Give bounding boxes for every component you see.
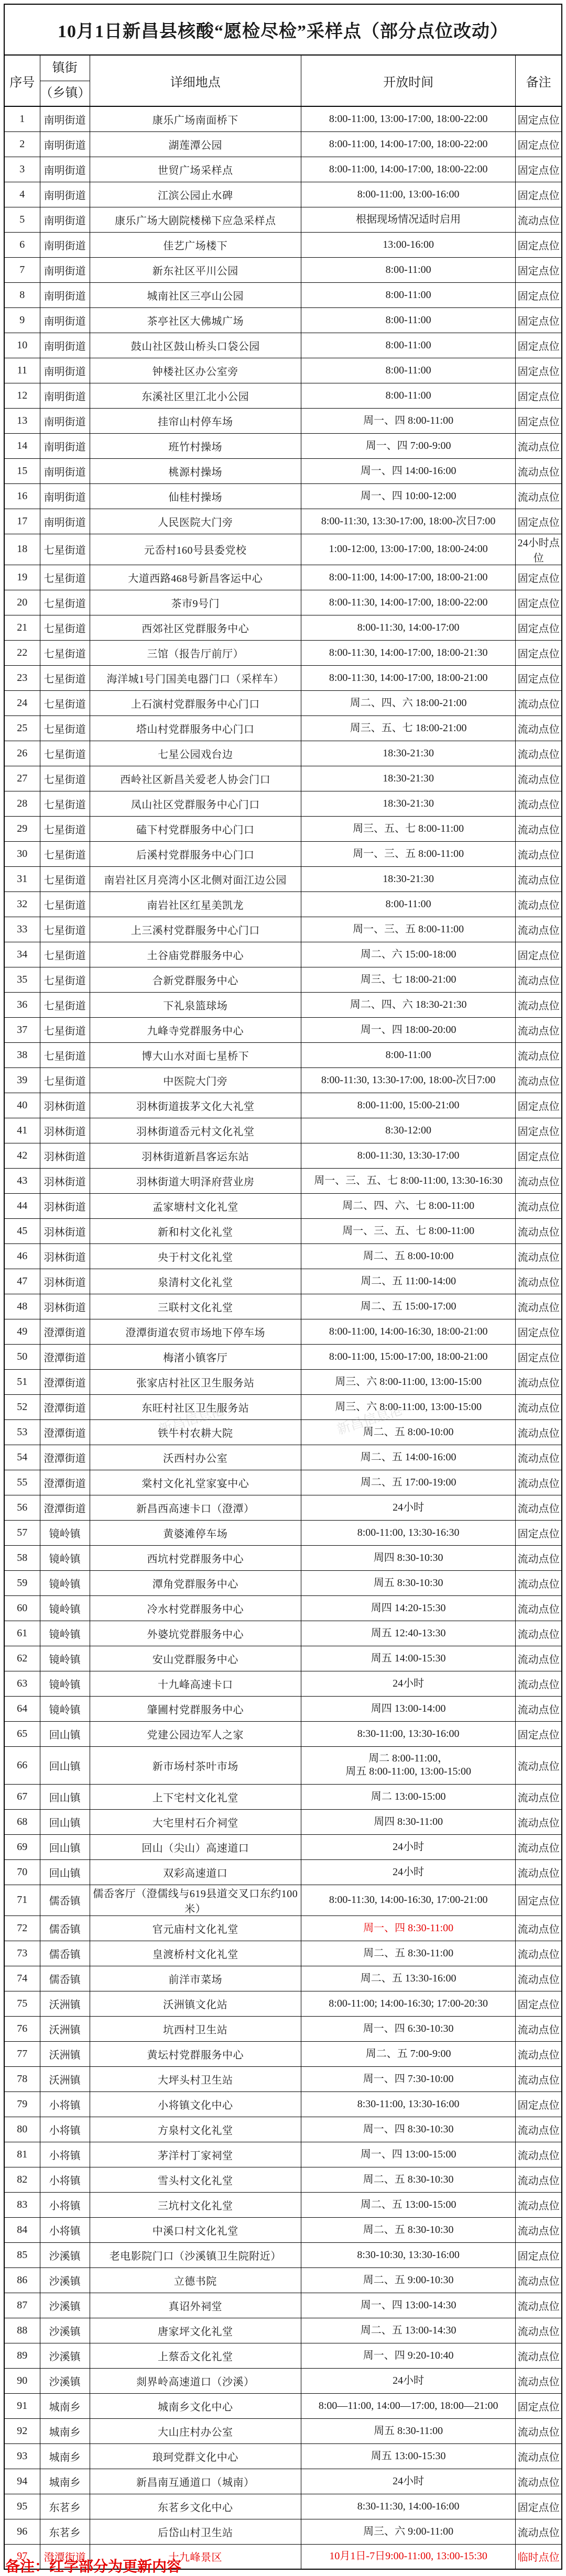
cell-time: 8:00-11:00 <box>301 891 515 917</box>
cell-serial: 69 <box>4 1834 40 1859</box>
cell-time: 24小时 <box>301 1671 515 1696</box>
cell-serial: 58 <box>4 1545 40 1570</box>
cell-place: 大坪头村卫生站 <box>90 2066 301 2091</box>
table-row: 73儒岙镇皇渡桥村文化礼堂周二、五 8:30-11:00流动点位 <box>4 1941 562 1966</box>
table-row: 31七星街道南岩社区月亮湾小区北侧对面江边公园18:30-21:30流动点位 <box>4 866 562 891</box>
cell-place: 真诏外祠堂 <box>90 2293 301 2318</box>
cell-time: 8:00-11:00, 15:00-21:00 <box>301 1093 515 1118</box>
cell-time: 8:00-11:30, 14:00-17:00 <box>301 615 515 640</box>
cell-serial: 64 <box>4 1696 40 1721</box>
table-row: 81小将镇茅洋村丁家祠堂周一、四 13:00-15:00流动点位 <box>4 2142 562 2167</box>
cell-time: 周四 14:20-15:30 <box>301 1595 515 1621</box>
cell-note: 流动点位 <box>516 1042 562 1067</box>
cell-town: 七星街道 <box>40 715 90 741</box>
table-row: 23七星街道海洋城1号门国美电器门口（采样车）8:00-11:30, 14:00… <box>4 665 562 690</box>
cell-time: 周二、五 14:00-16:00 <box>301 1445 515 1470</box>
cell-note: 流动点位 <box>516 1809 562 1834</box>
cell-town: 七星街道 <box>40 942 90 967</box>
cell-place: 外婆坑党群服务中心 <box>90 1621 301 1646</box>
table-row: 66回山镇新市场村茶叶市场周二 8:00-11:00， 周五 8:00-11:0… <box>4 1746 562 1784</box>
cell-place: 七星公园戏台边 <box>90 741 301 766</box>
cell-place: 泉清村文化礼堂 <box>90 1269 301 1294</box>
cell-town: 澄潭街道 <box>40 1369 90 1394</box>
cell-town: 小将镇 <box>40 2192 90 2217</box>
cell-note: 流动点位 <box>516 1445 562 1470</box>
cell-note: 流动点位 <box>516 1269 562 1294</box>
cell-note: 流动点位 <box>516 2368 562 2393</box>
cell-town: 南明街道 <box>40 207 90 232</box>
cell-town: 沙溪镇 <box>40 2267 90 2293</box>
cell-place: 土谷庙党群服务中心 <box>90 942 301 967</box>
cell-place: 元岙村160号县委党校 <box>90 534 301 565</box>
cell-place: 茅洋村丁家祠堂 <box>90 2142 301 2167</box>
cell-serial: 39 <box>4 1067 40 1093</box>
table-row: 74儒岙镇前洋市菜场周二、五 13:30-16:00流动点位 <box>4 1966 562 1991</box>
cell-place: 党建公园边军人之家 <box>90 1721 301 1746</box>
cell-town: 南明街道 <box>40 182 90 207</box>
cell-place: 康乐广场南面桥下 <box>90 106 301 131</box>
cell-place: 东茗乡文化中心 <box>90 2494 301 2519</box>
table-row: 54澄潭街道沃西村办公室周二、五 14:00-16:00流动点位 <box>4 1445 562 1470</box>
cell-time: 8:00-11:00 <box>301 358 515 383</box>
cell-time: 8:00-11:00, 15:00-17:00, 18:00-21:00 <box>301 1344 515 1369</box>
cell-town: 儒岙镇 <box>40 1941 90 1966</box>
cell-place: 张家店村社区卫生服务站 <box>90 1369 301 1394</box>
table-row: 53澄潭街道铁牛村农耕大院周二、五 8:00-10:00流动点位 <box>4 1419 562 1445</box>
cell-time: 周一、三、五 8:00-11:00 <box>301 917 515 942</box>
cell-note: 固定点位 <box>516 1344 562 1369</box>
table-row: 27七星街道西岭社区新昌关爱老人协会门口18:30-21:30流动点位 <box>4 766 562 791</box>
cell-place: 新昌西高速卡口（澄潭） <box>90 1495 301 1520</box>
cell-note: 流动点位 <box>516 1067 562 1093</box>
cell-place: 江滨公园止水碑 <box>90 182 301 207</box>
cell-place: 东旺村社区卫生服务站 <box>90 1394 301 1419</box>
cell-town: 羽林街道 <box>40 1269 90 1294</box>
cell-town: 沙溪镇 <box>40 2293 90 2318</box>
cell-serial: 15 <box>4 458 40 483</box>
cell-serial: 59 <box>4 1570 40 1595</box>
table-row: 9南明街道茶亭社区大佛城广场8:00-11:00固定点位 <box>4 307 562 333</box>
cell-town: 七星街道 <box>40 640 90 665</box>
column-header-town-bottom: （乡镇） <box>40 81 90 106</box>
cell-town: 南明街道 <box>40 257 90 282</box>
cell-town: 七星街道 <box>40 791 90 816</box>
cell-time: 周二、五 13:00-14:30 <box>301 2318 515 2343</box>
cell-time: 8:00-11:00, 14:00-17:00, 18:00-21:00 <box>301 565 515 590</box>
cell-town: 城南乡 <box>40 2418 90 2443</box>
cell-place: 羽林街道拔茅文化大礼堂 <box>90 1093 301 1118</box>
cell-place: 康乐广场大剧院楼梯下应急采样点 <box>90 207 301 232</box>
cell-place: 南岩社区月亮湾小区北侧对面江边公园 <box>90 866 301 891</box>
cell-serial: 4 <box>4 182 40 207</box>
cell-serial: 61 <box>4 1621 40 1646</box>
cell-note: 固定点位 <box>516 509 562 534</box>
cell-serial: 70 <box>4 1859 40 1885</box>
cell-note: 流动点位 <box>516 891 562 917</box>
cell-town: 沃洲镇 <box>40 2066 90 2091</box>
cell-place: 塔山村党群服务中心门口 <box>90 715 301 741</box>
cell-place: 佳艺广场楼下 <box>90 232 301 257</box>
cell-town: 沙溪镇 <box>40 2368 90 2393</box>
cell-serial: 44 <box>4 1193 40 1218</box>
cell-serial: 77 <box>4 2041 40 2066</box>
table-row: 85沙溪镇老电影院门口（沙溪镇卫生院附近）8:30-10:30, 13:30-1… <box>4 2242 562 2267</box>
cell-time: 周二、五 8:30-11:00 <box>301 1941 515 1966</box>
table-row: 20七星街道茶市9号门8:00-11:30, 14:00-17:00, 18:0… <box>4 590 562 615</box>
cell-place: 沃洲镇文化站 <box>90 1991 301 2016</box>
cell-note: 流动点位 <box>516 2443 562 2469</box>
table-row: 71儒岙镇儒岙客厅（澄儒线与619县道交叉口东约100米）8:00-11:30,… <box>4 1885 562 1916</box>
cell-time: 周五 8:30-11:00 <box>301 2418 515 2443</box>
cell-note: 固定点位 <box>516 2494 562 2519</box>
table-row: 17南明街道人民医院大门旁8:00-11:30, 13:30-17:00, 18… <box>4 509 562 534</box>
cell-serial: 92 <box>4 2418 40 2443</box>
cell-place: 茶市9号门 <box>90 590 301 615</box>
cell-time: 8:00-11:30, 13:30-17:00, 18:00-次日7:00 <box>301 1067 515 1093</box>
cell-town: 七星街道 <box>40 590 90 615</box>
cell-town: 澄潭街道 <box>40 1344 90 1369</box>
cell-serial: 67 <box>4 1784 40 1809</box>
cell-time: 周四 8:30-11:00 <box>301 1809 515 1834</box>
cell-town: 七星街道 <box>40 992 90 1017</box>
cell-place: 东溪社区里江北小公园 <box>90 383 301 408</box>
cell-time: 周五 8:30-10:30 <box>301 1570 515 1595</box>
cell-note: 流动点位 <box>516 2318 562 2343</box>
cell-town: 儒岙镇 <box>40 1885 90 1916</box>
cell-town: 澄潭街道 <box>40 1419 90 1445</box>
cell-town: 七星街道 <box>40 841 90 866</box>
title-row: 10月1日新昌县核酸“愿检尽检”采样点（部分点位改动） <box>4 4 562 55</box>
cell-note: 固定点位 <box>516 565 562 590</box>
cell-place: 方泉村文化礼堂 <box>90 2117 301 2142</box>
cell-time: 8:00-11:00 <box>301 1042 515 1067</box>
footer-note: 备注：红字部分为更新内容 <box>5 2555 529 2576</box>
cell-time: 根据现场情况适时启用 <box>301 207 515 232</box>
cell-time: 周四 8:30-10:30 <box>301 1545 515 1570</box>
cell-time: 周二、五 8:30-10:30 <box>301 2167 515 2192</box>
cell-serial: 55 <box>4 1470 40 1495</box>
cell-time: 周五 12:40-13:30 <box>301 1621 515 1646</box>
cell-time: 周二 8:00-11:00， 周五 8:00-11:00, 13:00-15:0… <box>301 1746 515 1784</box>
cell-note: 流动点位 <box>516 2066 562 2091</box>
cell-town: 东茗乡 <box>40 2519 90 2544</box>
cell-serial: 83 <box>4 2192 40 2217</box>
cell-place: 上石演村党群服务中心门口 <box>90 690 301 715</box>
cell-town: 七星街道 <box>40 741 90 766</box>
cell-place: 羽林街道岙元村文化礼堂 <box>90 1118 301 1143</box>
cell-town: 小将镇 <box>40 2167 90 2192</box>
cell-serial: 76 <box>4 2016 40 2041</box>
cell-serial: 29 <box>4 816 40 841</box>
cell-note: 固定点位 <box>516 665 562 690</box>
cell-place: 海洋城1号门国美电器门口（采样车） <box>90 665 301 690</box>
table-row: 69回山镇回山（尖山）高速道口24小时流动点位 <box>4 1834 562 1859</box>
cell-town: 回山镇 <box>40 1809 90 1834</box>
cell-note: 流动点位 <box>516 841 562 866</box>
cell-time: 周一、四 7:00-9:00 <box>301 433 515 458</box>
table-row: 87沙溪镇真诏外祠堂周一、四 13:00-14:30流动点位 <box>4 2293 562 2318</box>
cell-time: 周二、五 11:00-14:00 <box>301 1269 515 1294</box>
cell-town: 羽林街道 <box>40 1093 90 1118</box>
table-body: 1南明街道康乐广场南面桥下8:00-11:00, 13:00-17:00, 18… <box>4 106 562 2569</box>
cell-note: 流动点位 <box>516 2016 562 2041</box>
cell-time: 周二 13:00-15:00 <box>301 1784 515 1809</box>
cell-serial: 7 <box>4 257 40 282</box>
cell-place: 潭角党群服务中心 <box>90 1570 301 1595</box>
cell-serial: 53 <box>4 1419 40 1445</box>
cell-place: 中溪口村文化礼堂 <box>90 2217 301 2242</box>
table-row: 57镜岭镇黄婆滩停车场8:00-11:00, 13:30-16:30固定点位 <box>4 1520 562 1545</box>
cell-serial: 65 <box>4 1721 40 1746</box>
cell-town: 沃洲镇 <box>40 1991 90 2016</box>
cell-time: 8:00-11:30, 14:00-17:00, 18:00-21:00 <box>301 665 515 690</box>
cell-town: 澄潭街道 <box>40 1470 90 1495</box>
cell-serial: 13 <box>4 408 40 433</box>
cell-time: 24小时 <box>301 2469 515 2494</box>
cell-serial: 79 <box>4 2091 40 2117</box>
cell-note: 固定点位 <box>516 1093 562 1118</box>
table-row: 4南明街道江滨公园止水碑8:00-11:00, 13:00-16:00固定点位 <box>4 182 562 207</box>
table-row: 34七星街道土谷庙党群服务中心周二、六 15:00-18:00固定点位 <box>4 942 562 967</box>
table-row: 5南明街道康乐广场大剧院楼梯下应急采样点根据现场情况适时启用流动点位 <box>4 207 562 232</box>
cell-note: 流动点位 <box>516 1218 562 1243</box>
cell-serial: 22 <box>4 640 40 665</box>
cell-town: 小将镇 <box>40 2117 90 2142</box>
cell-note: 流动点位 <box>516 2142 562 2167</box>
cell-serial: 52 <box>4 1394 40 1419</box>
cell-time: 8:30-10:30, 13:30-16:00 <box>301 2242 515 2267</box>
cell-serial: 19 <box>4 565 40 590</box>
table-row: 76沃洲镇坑西村卫生站周一、四 6:30-10:30流动点位 <box>4 2016 562 2041</box>
cell-serial: 24 <box>4 690 40 715</box>
cell-place: 羽林街道新昌客运东站 <box>90 1143 301 1168</box>
cell-place: 鼓山社区鼓山桥头口袋公园 <box>90 333 301 358</box>
table-row: 84小将镇中溪口村文化礼堂周二、五 8:30-10:30流动点位 <box>4 2217 562 2242</box>
cell-time: 8:00-11:30, 13:30-17:00 <box>301 1143 515 1168</box>
table-row: 82小将镇雪头村文化礼堂周二、五 8:30-10:30流动点位 <box>4 2167 562 2192</box>
cell-serial: 63 <box>4 1671 40 1696</box>
cell-town: 七星街道 <box>40 690 90 715</box>
cell-serial: 86 <box>4 2267 40 2293</box>
cell-serial: 25 <box>4 715 40 741</box>
cell-time: 8:00-11:00 <box>301 307 515 333</box>
table-row: 39七星街道中医院大门旁8:00-11:30, 13:30-17:00, 18:… <box>4 1067 562 1093</box>
cell-note: 固定点位 <box>516 232 562 257</box>
table-row: 86沙溪镇立德书院周二、五 9:00-10:30流动点位 <box>4 2267 562 2293</box>
table-row: 13南明街道挂帘山村停车场周一、四 8:00-11:00固定点位 <box>4 408 562 433</box>
cell-note: 流动点位 <box>516 1941 562 1966</box>
cell-time: 18:30-21:30 <box>301 866 515 891</box>
cell-note: 固定点位 <box>516 640 562 665</box>
page-title: 10月1日新昌县核酸“愿检尽检”采样点（部分点位改动） <box>4 4 562 55</box>
cell-note: 固定点位 <box>516 1885 562 1916</box>
cell-place: 三联村文化礼堂 <box>90 1294 301 1319</box>
table-row: 80小将镇方泉村文化礼堂周一、四 8:30-10:30流动点位 <box>4 2117 562 2142</box>
cell-town: 南明街道 <box>40 458 90 483</box>
cell-town: 小将镇 <box>40 2142 90 2167</box>
table-row: 62镜岭镇安山党群服务中心周五 14:00-15:30流动点位 <box>4 1646 562 1671</box>
table-row: 52澄潭街道东旺村社区卫生服务站周三、六 8:00-11:00, 13:00-1… <box>4 1394 562 1419</box>
cell-serial: 21 <box>4 615 40 640</box>
cell-time: 周一、四 6:30-10:30 <box>301 2016 515 2041</box>
table-row: 65回山镇党建公园边军人之家8:30-11:00, 13:30-16:00固定点… <box>4 1721 562 1746</box>
cell-serial: 84 <box>4 2217 40 2242</box>
cell-place: 上三溪村党群服务中心门口 <box>90 917 301 942</box>
cell-place: 茶亭社区大佛城广场 <box>90 307 301 333</box>
table-row: 89沙溪镇上蔡岙文化礼堂周一、四 9:20-10:40流动点位 <box>4 2343 562 2368</box>
cell-town: 沙溪镇 <box>40 2343 90 2368</box>
cell-town: 七星街道 <box>40 534 90 565</box>
cell-note: 固定点位 <box>516 1319 562 1344</box>
cell-time: 8:30-11:00, 13:30-16:00 <box>301 1721 515 1746</box>
cell-time: 周五 14:00-15:30 <box>301 1646 515 1671</box>
cell-place: 肇圃村党群服务中心 <box>90 1696 301 1721</box>
cell-town: 南明街道 <box>40 358 90 383</box>
table-row: 45羽林街道新和村文化礼堂周一、三、五、七 8:00-11:00流动点位 <box>4 1218 562 1243</box>
cell-town: 沃洲镇 <box>40 2016 90 2041</box>
cell-serial: 74 <box>4 1966 40 1991</box>
table-row: 63镜岭镇十九峰高速卡口24小时流动点位 <box>4 1671 562 1696</box>
cell-note: 固定点位 <box>516 282 562 307</box>
cell-place: 凤山社区党群服务中心门口 <box>90 791 301 816</box>
table-row: 36七星街道下礼泉篮球场周二、四、六 18:30-21:30流动点位 <box>4 992 562 1017</box>
cell-town: 七星街道 <box>40 1042 90 1067</box>
cell-serial: 54 <box>4 1445 40 1470</box>
table-row: 43羽林街道羽林街道大明泽府营业房周一、三、五、七 8:00-11:00, 13… <box>4 1168 562 1193</box>
cell-note: 流动点位 <box>516 866 562 891</box>
cell-place: 十九峰高速卡口 <box>90 1671 301 1696</box>
table-row: 68回山镇大宅里村石介祠堂周四 8:30-11:00流动点位 <box>4 1809 562 1834</box>
cell-time: 18:30-21:30 <box>301 741 515 766</box>
cell-place: 磕下村党群服务中心门口 <box>90 816 301 841</box>
cell-time: 8:00-11:00 <box>301 333 515 358</box>
cell-serial: 35 <box>4 967 40 992</box>
cell-note: 固定点位 <box>516 942 562 967</box>
table-row: 93城南乡琅珂党群文化中心周五 13:00-15:30流动点位 <box>4 2443 562 2469</box>
table-row: 48羽林街道三联村文化礼堂周二、五 15:00-17:00流动点位 <box>4 1294 562 1319</box>
cell-place: 棠村文化礼堂家宴中心 <box>90 1470 301 1495</box>
cell-town: 七星街道 <box>40 816 90 841</box>
cell-time: 周一、四 8:30-10:30 <box>301 2117 515 2142</box>
cell-note: 流动点位 <box>516 1495 562 1520</box>
cell-time: 周二、五 15:00-17:00 <box>301 1294 515 1319</box>
cell-note: 固定点位 <box>516 157 562 182</box>
cell-serial: 56 <box>4 1495 40 1520</box>
cell-time: 周三、六 8:00-11:00, 13:00-15:00 <box>301 1369 515 1394</box>
table-row: 35七星街道合新党群服务中心周三、七 18:00-21:00流动点位 <box>4 967 562 992</box>
table-row: 70回山镇双彩高速道口24小时流动点位 <box>4 1859 562 1885</box>
cell-place: 世贸广场采样点 <box>90 157 301 182</box>
cell-serial: 94 <box>4 2469 40 2494</box>
cell-note: 流动点位 <box>516 1470 562 1495</box>
cell-place: 西岭社区新昌关爱老人协会门口 <box>90 766 301 791</box>
cell-note: 固定点位 <box>516 590 562 615</box>
cell-note: 流动点位 <box>516 715 562 741</box>
cell-place: 新昌南互通道口（城南） <box>90 2469 301 2494</box>
cell-town: 回山镇 <box>40 1784 90 1809</box>
cell-place: 中医院大门旁 <box>90 1067 301 1093</box>
table-row: 94城南乡新昌南互通道口（城南）24小时流动点位 <box>4 2469 562 2494</box>
cell-place: 小将镇文化中心 <box>90 2091 301 2117</box>
cell-note: 流动点位 <box>516 1595 562 1621</box>
cell-note: 流动点位 <box>516 1646 562 1671</box>
cell-time: 8:30-11:30, 14:00-16:00 <box>301 2494 515 2519</box>
cell-note: 固定点位 <box>516 106 562 131</box>
cell-place: 黄坛村党群服务中心 <box>90 2041 301 2066</box>
cell-note: 流动点位 <box>516 967 562 992</box>
table-row: 67回山镇上下宅村文化礼堂周二 13:00-15:00流动点位 <box>4 1784 562 1809</box>
cell-town: 羽林街道 <box>40 1218 90 1243</box>
cell-note: 固定点位 <box>516 408 562 433</box>
cell-town: 七星街道 <box>40 615 90 640</box>
cell-serial: 68 <box>4 1809 40 1834</box>
cell-town: 镜岭镇 <box>40 1520 90 1545</box>
cell-place: 三馆（报告厅前厅） <box>90 640 301 665</box>
cell-place: 前洋市菜场 <box>90 1966 301 1991</box>
table-row: 92城南乡大山庄村办公室周五 8:30-11:00流动点位 <box>4 2418 562 2443</box>
table-row: 83小将镇三坑村文化礼堂周二、五 13:00-15:00流动点位 <box>4 2192 562 2217</box>
cell-place: 新和村文化礼堂 <box>90 1218 301 1243</box>
table-row: 44羽林街道孟家塘村文化礼堂周二、四、六、七 8:00-11:00流动点位 <box>4 1193 562 1218</box>
cell-town: 南明街道 <box>40 282 90 307</box>
cell-time: 24小时 <box>301 1859 515 1885</box>
cell-place: 剡界岭高速道口（沙溪） <box>90 2368 301 2393</box>
cell-serial: 3 <box>4 157 40 182</box>
cell-serial: 46 <box>4 1243 40 1269</box>
cell-town: 七星街道 <box>40 565 90 590</box>
cell-serial: 40 <box>4 1093 40 1118</box>
cell-note: 流动点位 <box>516 2267 562 2293</box>
cell-place: 安山党群服务中心 <box>90 1646 301 1671</box>
cell-note: 流动点位 <box>516 1916 562 1941</box>
cell-note: 流动点位 <box>516 917 562 942</box>
cell-place: 羽林街道大明泽府营业房 <box>90 1168 301 1193</box>
cell-place: 桃源村操场 <box>90 458 301 483</box>
cell-time: 周二、五 7:00-9:00 <box>301 2041 515 2066</box>
cell-place: 班竹村操场 <box>90 433 301 458</box>
cell-note: 流动点位 <box>516 1696 562 1721</box>
cell-town: 回山镇 <box>40 1834 90 1859</box>
cell-town: 城南乡 <box>40 2393 90 2418</box>
cell-town: 羽林街道 <box>40 1193 90 1218</box>
cell-time: 8:00-11:00 <box>301 257 515 282</box>
cell-note: 流动点位 <box>516 1784 562 1809</box>
cell-note: 固定点位 <box>516 1143 562 1168</box>
cell-place: 孟家塘村文化礼堂 <box>90 1193 301 1218</box>
cell-time: 24小时 <box>301 1495 515 1520</box>
cell-town: 七星街道 <box>40 1017 90 1042</box>
cell-time: 8:00-11:30, 14:00-17:00, 18:00-22:00 <box>301 590 515 615</box>
cell-town: 南明街道 <box>40 408 90 433</box>
cell-time: 13:00-16:00 <box>301 232 515 257</box>
table-row: 51澄潭街道张家店村社区卫生服务站周三、六 8:00-11:00, 13:00-… <box>4 1369 562 1394</box>
cell-town: 城南乡 <box>40 2443 90 2469</box>
cell-serial: 50 <box>4 1344 40 1369</box>
column-header-town: 镇街 （乡镇） <box>40 55 90 106</box>
cell-time: 周二、四、六 18:00-21:00 <box>301 690 515 715</box>
cell-note: 固定点位 <box>516 2091 562 2117</box>
cell-time: 8:00-11:00 <box>301 282 515 307</box>
cell-place: 新市场村茶叶市场 <box>90 1746 301 1784</box>
column-header-note: 备注 <box>516 55 562 106</box>
cell-serial: 23 <box>4 665 40 690</box>
cell-serial: 66 <box>4 1746 40 1784</box>
cell-time: 18:30-21:30 <box>301 766 515 791</box>
cell-serial: 93 <box>4 2443 40 2469</box>
cell-town: 南明街道 <box>40 483 90 509</box>
cell-town: 澄潭街道 <box>40 1495 90 1520</box>
table-row: 10南明街道鼓山社区鼓山桥头口袋公园8:00-11:00固定点位 <box>4 333 562 358</box>
